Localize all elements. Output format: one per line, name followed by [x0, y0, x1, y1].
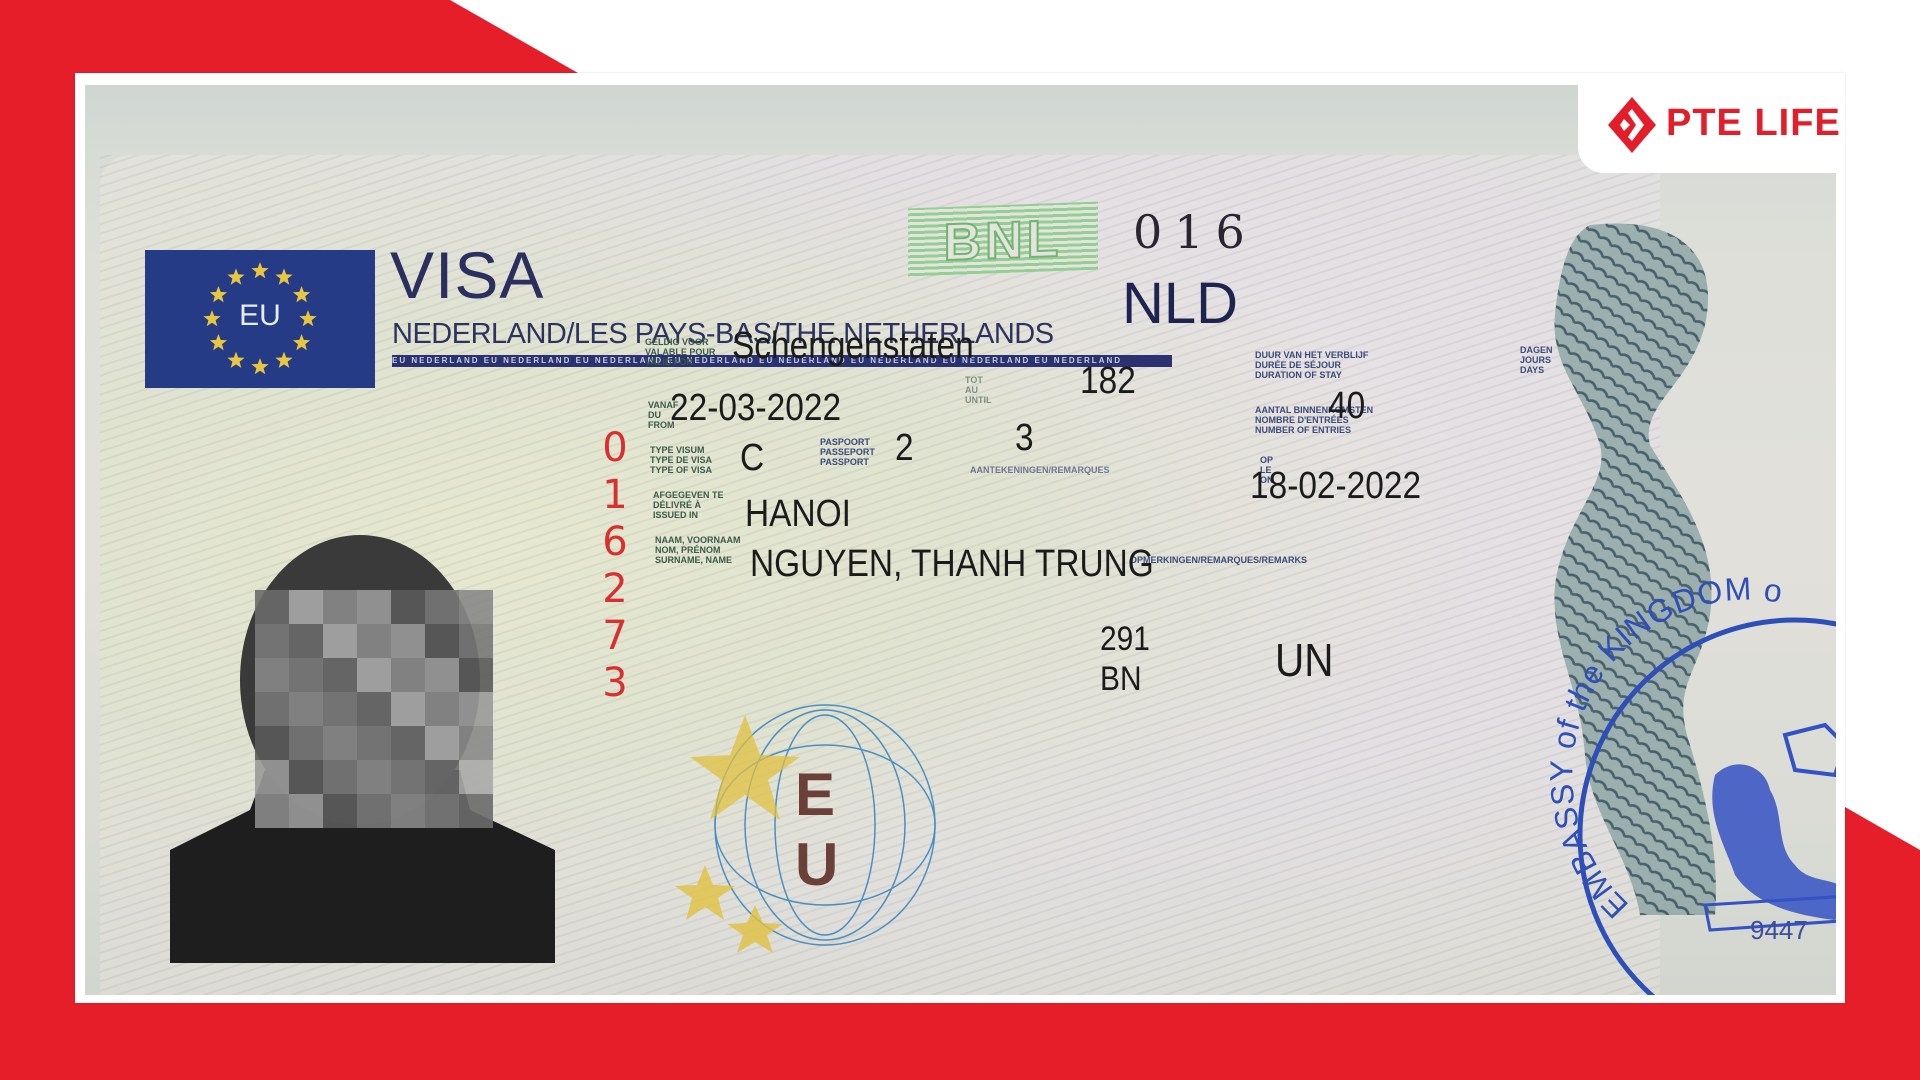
red-serial-digit: 7: [595, 613, 635, 660]
value-remark-right: UN: [1275, 633, 1333, 687]
label-type-of-visa: TYPE VISUM TYPE DE VISA TYPE OF VISA: [650, 445, 712, 475]
visa-sticker: EU VISA NEDERLAND/LES PAYS-BAS/THE NETHE…: [100, 155, 1660, 995]
issuer-mark-text: BNL: [908, 208, 1098, 275]
red-serial-digit: 6: [595, 519, 635, 566]
eu-flag: EU: [145, 250, 375, 388]
value-passport: 2: [895, 427, 914, 470]
value-until: 182: [1080, 360, 1136, 403]
red-serial-number: 016273: [595, 425, 635, 707]
value-entries: 40: [1328, 385, 1365, 428]
label-duration: DUUR VAN HET VERBLIJF DURÉE DE SÉJOUR DU…: [1255, 350, 1368, 380]
label-name: NAAM, VOORNAAM NOM, PRÉNOM SURNAME, NAME: [655, 535, 741, 565]
value-issued-on: 18-02-2022: [1250, 465, 1421, 508]
label-annotations: AANTEKENINGEN/REMARQUES: [970, 465, 1110, 475]
country-code: NLD: [1122, 270, 1238, 337]
label-passport: PASPOORT PASSEPORT PASSPORT: [820, 437, 875, 467]
svg-text:E: E: [795, 761, 835, 828]
red-serial-digit: 2: [595, 566, 635, 613]
visa-title: VISA: [390, 237, 544, 313]
stamp-number: 9447: [1750, 915, 1808, 946]
svg-text:U: U: [795, 831, 838, 898]
label-until: TOT AU UNTIL: [965, 375, 992, 405]
visa-photo: EU VISA NEDERLAND/LES PAYS-BAS/THE NETHE…: [85, 85, 1836, 995]
label-valid-for: GELDIG VOOR VALABLE POUR VALID FOR: [645, 337, 715, 367]
value-remark-2: BN: [1100, 660, 1142, 699]
value-name: NGUYEN, THANH TRUNG: [750, 543, 1154, 586]
label-remarks: OPMERKINGEN/REMARQUES/REMARKS: [1130, 555, 1307, 565]
value-remark-1: 291: [1100, 620, 1150, 659]
pte-life-logo-icon: [1608, 97, 1656, 153]
eu-flag-label: EU: [145, 299, 375, 333]
value-passport-2: 3: [1015, 417, 1034, 460]
issuer-mark: BNL: [908, 202, 1098, 277]
sticker-number: 016: [1133, 205, 1257, 259]
red-serial-digit: 3: [595, 660, 635, 707]
portrait-photo: [170, 510, 555, 963]
value-valid-for: Schengenstaten: [732, 325, 974, 368]
brand-logo: PTE LIFE: [1578, 73, 1844, 173]
red-serial-digit: 0: [595, 425, 635, 472]
value-type-of-visa: C: [740, 437, 764, 480]
value-from: 22-03-2022: [670, 387, 841, 430]
eu-hologram: E U: [635, 695, 955, 955]
value-issued-in: HANOI: [745, 493, 851, 536]
logo-text: PTE LIFE: [1666, 102, 1841, 145]
label-days: DAGEN JOURS DAYS: [1520, 345, 1553, 375]
label-issued-in: AFGEGEVEN TE DÉLIVRÉ À ISSUED IN: [653, 490, 724, 520]
red-serial-digit: 1: [595, 472, 635, 519]
